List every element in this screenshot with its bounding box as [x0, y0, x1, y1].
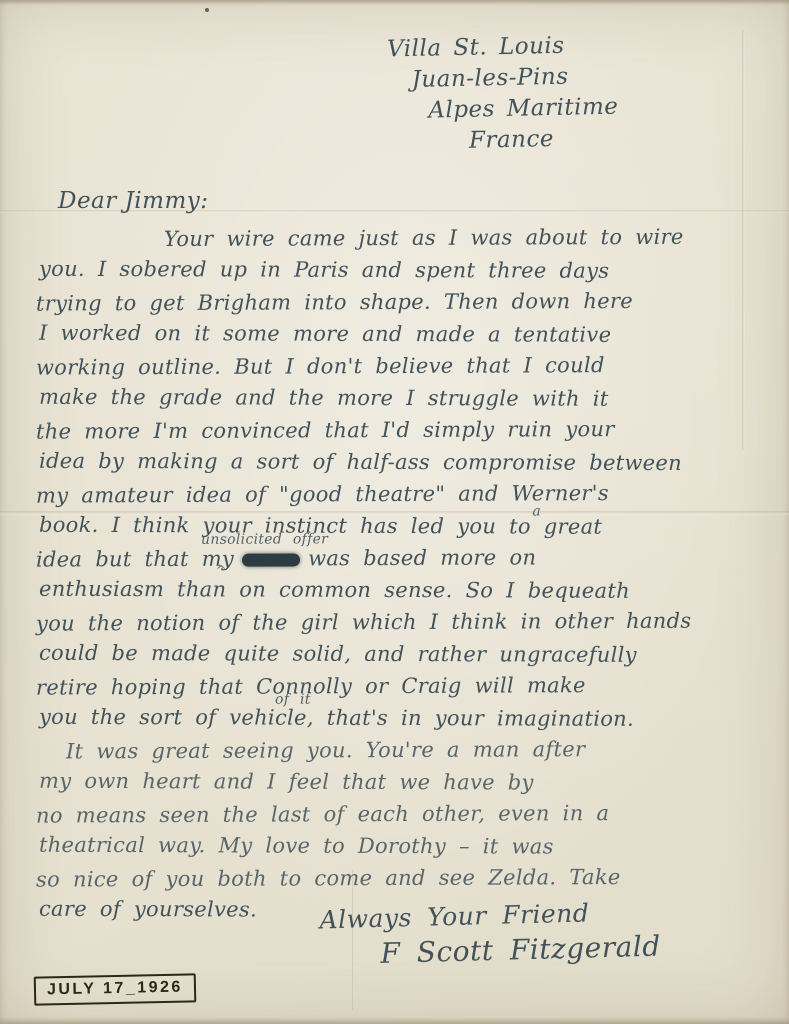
body-line: trying to get Brigham into shape. Then d… — [36, 284, 754, 319]
body-line: working outline. But I don't believe tha… — [36, 348, 754, 383]
body-line: theatrical way. My love to Dorothy – it … — [39, 829, 754, 863]
date-stamp: JULY 17_1926 — [34, 973, 196, 1005]
heading-line-country: France — [469, 123, 620, 157]
body-line: my amateur idea of "good theatre" and We… — [36, 476, 754, 511]
inserted-words-of-it: of it — [275, 693, 311, 707]
body-line: you. I sobered up in Paris and spent thr… — [39, 253, 754, 287]
body-line: enthusiasm than on common sense. So I be… — [39, 573, 754, 607]
body-line: so nice of you both to come and see Zeld… — [36, 860, 754, 895]
body-line-with-strikeout: idea but that mywas based more on unsoli… — [36, 540, 754, 575]
salutation: Dear Jimmy: — [58, 188, 209, 214]
heading-line-town: Juan-les-Pins — [411, 61, 618, 96]
paper-speck — [205, 8, 209, 12]
heading-line-villa: Villa St. Louis — [387, 30, 618, 66]
body-line: you the notion of the girl which I think… — [36, 604, 754, 639]
body-line: Your wire came just as I was about to wi… — [36, 220, 754, 255]
letter-scan: Villa St. Louis Juan-les-Pins Alpes Mari… — [0, 0, 789, 1024]
body-line: no means seen the last of each other, ev… — [36, 796, 754, 831]
body-line: retire hoping that Connolly or Craig wil… — [36, 668, 754, 703]
body-line: book. I think your instinct has led you … — [39, 509, 754, 543]
letter-body: Your wire came just as I was about to wi… — [36, 222, 754, 926]
body-line: you the sort of vehicle, that's in your … — [39, 701, 754, 735]
ink-blot-strikeout — [242, 553, 300, 566]
inserted-words-unsolicited-offer: unsolicited offer — [201, 532, 328, 547]
body-line: I worked on it some more and made a tent… — [39, 317, 754, 351]
body-line: the more I'm convinced that I'd simply r… — [36, 412, 754, 447]
inserted-word-a: a — [532, 504, 541, 518]
letter-heading: Villa St. Louis Juan-les-Pins Alpes Mari… — [387, 30, 620, 159]
body-line: my own heart and I feel that we have by — [39, 765, 754, 799]
letter-closing: Always Your Friend F Scott Fitzgerald — [319, 897, 661, 972]
body-line: make the grade and the more I struggle w… — [39, 381, 754, 415]
body-line: idea by making a sort of half-ass compro… — [39, 445, 754, 479]
body-line: It was great seeing you. You're a man af… — [36, 732, 754, 767]
body-line: could be made quite solid, and rather un… — [39, 637, 754, 671]
heading-line-region: Alpes Maritime — [428, 92, 619, 127]
